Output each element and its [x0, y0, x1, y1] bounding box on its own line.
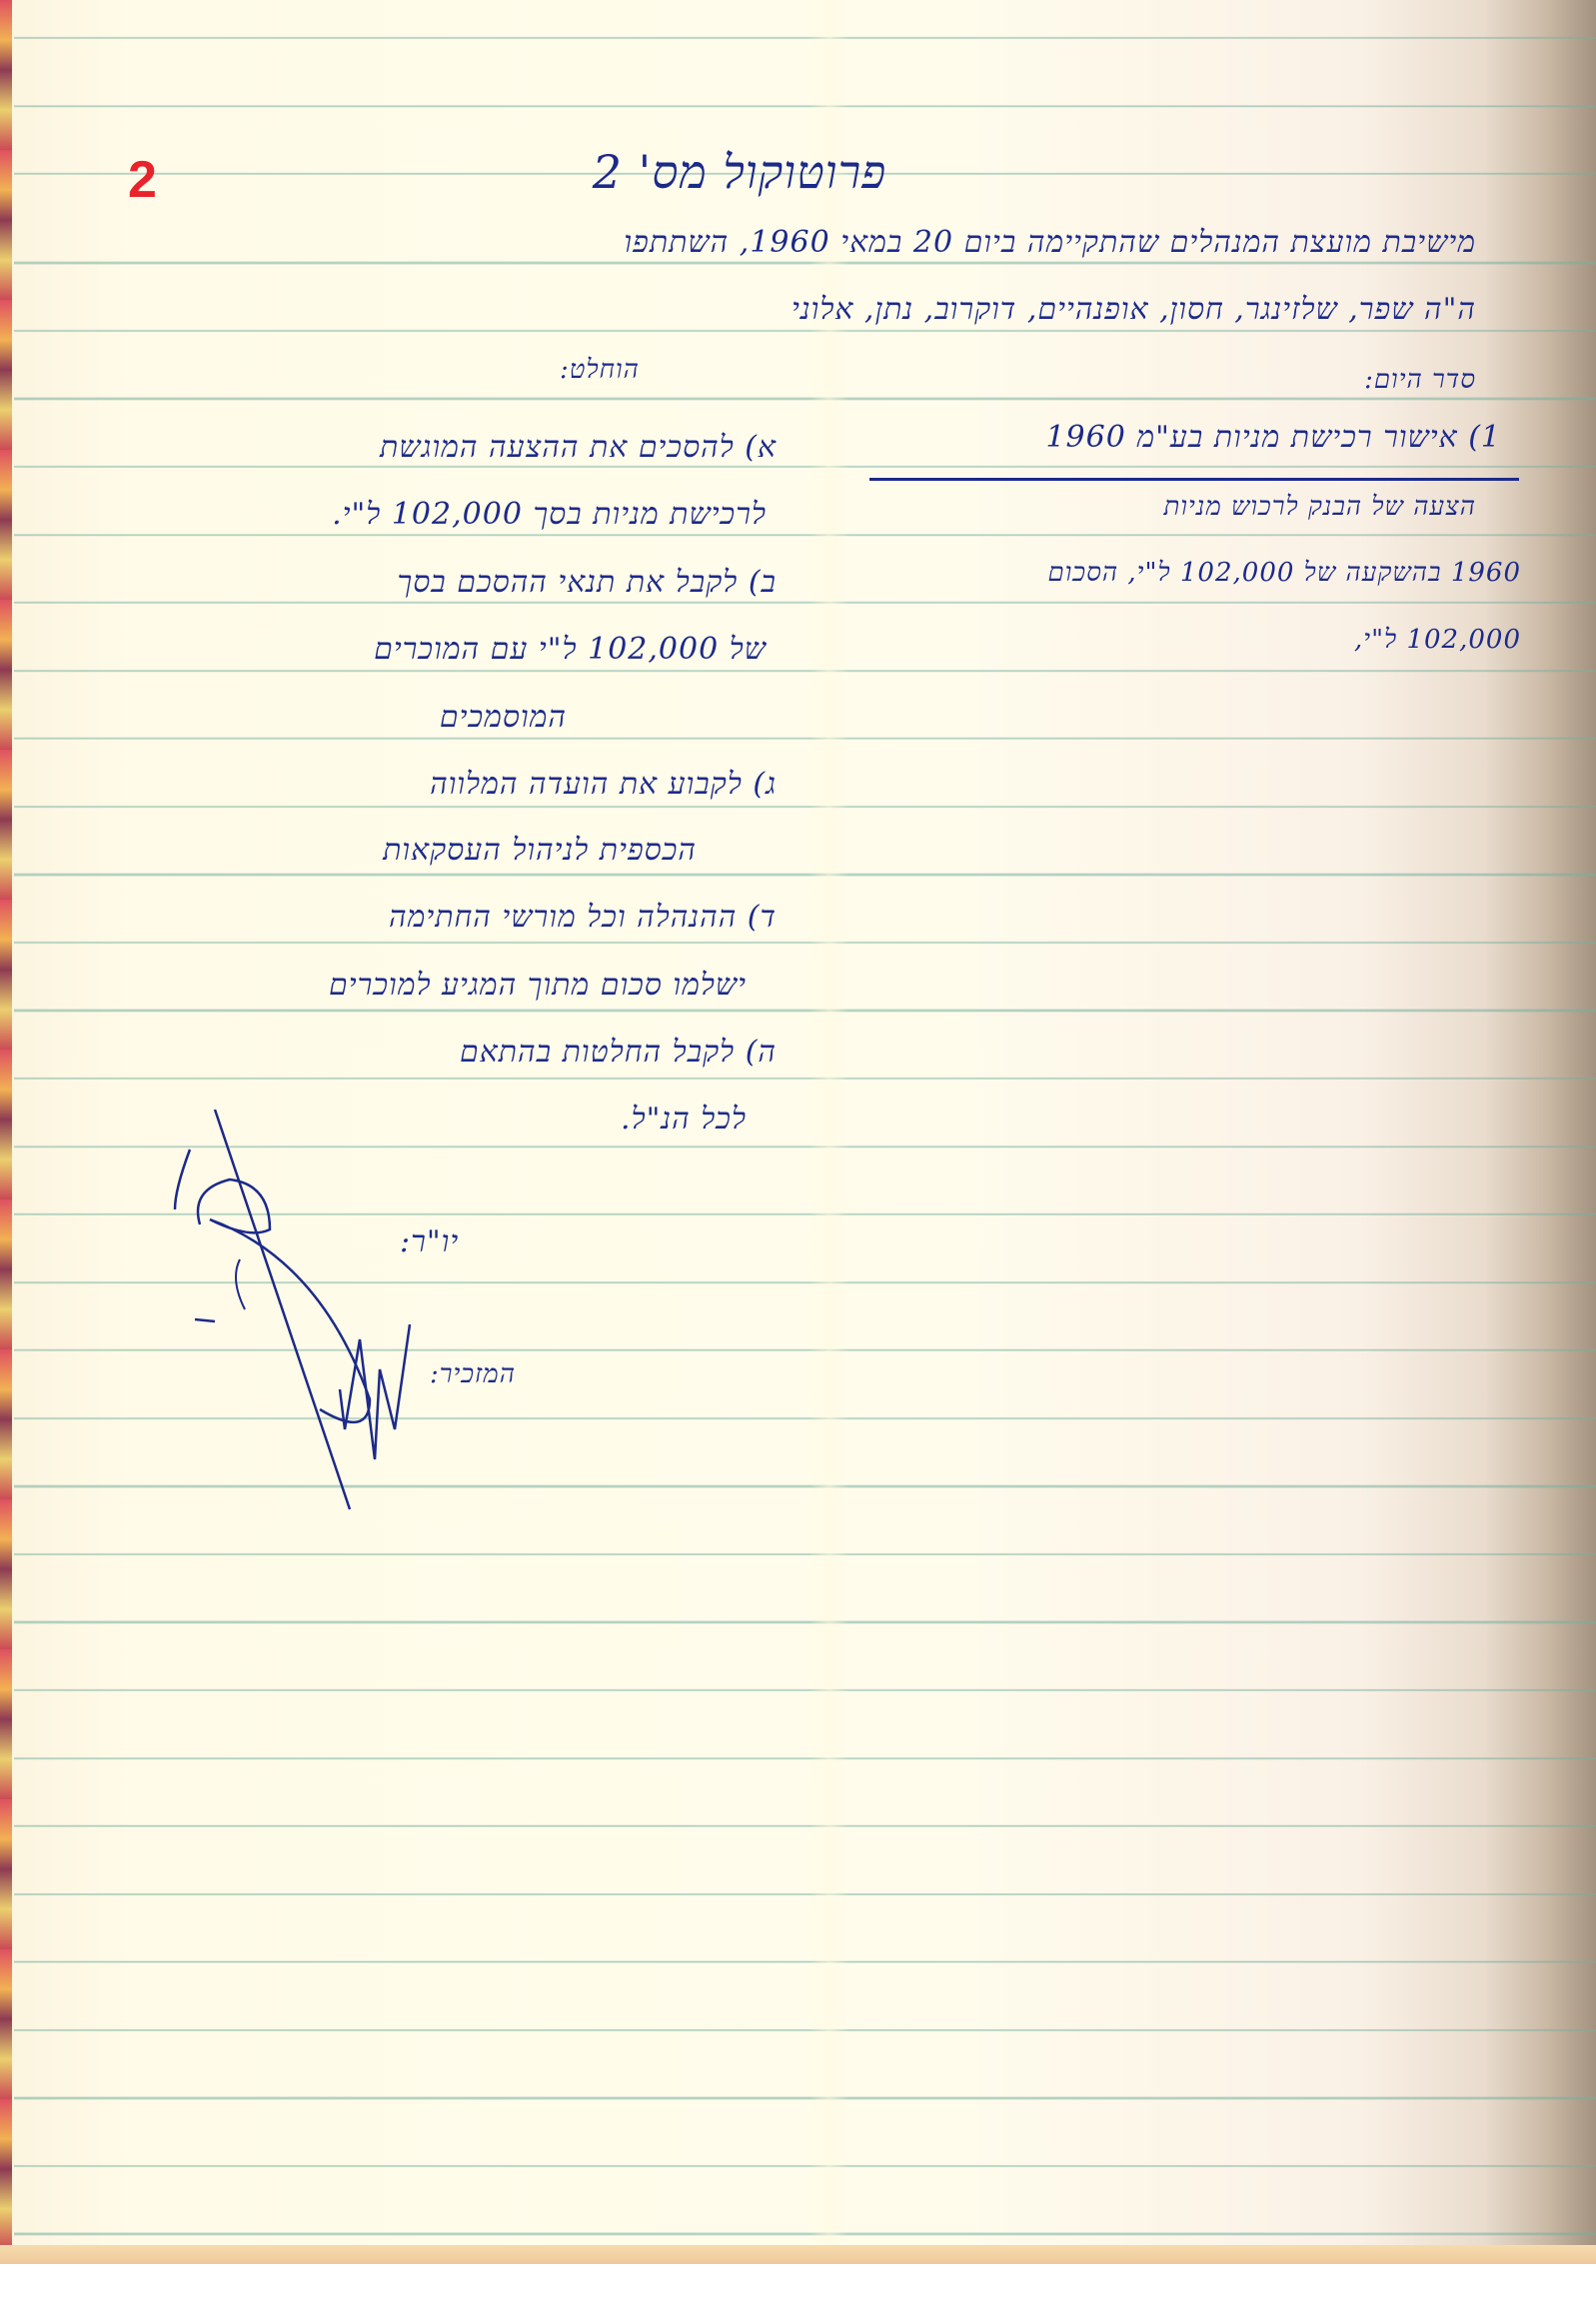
agenda-item-1-body-1: הצעה של הבנק לרכוש מניות [1164, 492, 1476, 522]
attendance-line-2: ה"ה שפר, שלזינגר, חסון, אופנהיים, דוקרוב… [792, 292, 1476, 327]
resolution-e-line-2: לכל הנ"ל. [621, 1102, 747, 1137]
attendance-line-1: מישיבת מועצת המנהלים שהתקיימה ביום 20 במ… [624, 225, 1476, 260]
resolution-c-line-2: הכספית לניהול העסקאות [383, 833, 697, 868]
document-title: פרוטוקול מס' 2 [560, 145, 919, 199]
page-number: 2 [128, 150, 157, 210]
signature-scribble [170, 1110, 450, 1539]
resolution-a-line-1: א) להסכים את ההצעה המוגשת [380, 430, 777, 465]
page-fold [809, 0, 849, 2264]
resolution-b-line-1: ב) לקבל את תנאי ההסכם בסך [397, 565, 777, 600]
agenda-label: סדר היום: [1364, 365, 1476, 395]
resolution-c-line-1: ג) לקבוע את הועדה המלווה [430, 767, 777, 802]
agenda-item-1-body-2: 1960 בהשקעה של 102,000 ל"י, הסכום [1048, 558, 1521, 588]
agenda-underline [869, 478, 1519, 481]
binding-strip [0, 0, 12, 2264]
resolution-b-line-3: המוסמכים [440, 700, 567, 735]
resolved-label: הוחלט: [560, 355, 640, 385]
agenda-item-1-body-3: 102,000 ל"י, [1354, 625, 1521, 655]
resolution-e-line-1: ה) לקבל החלטות בהתאם [460, 1035, 777, 1070]
resolution-b-line-2: של 102,000 ל"י עם המוכרים [374, 632, 767, 667]
agenda-item-1-title: 1) אישור רכישת מניות בע"מ 1960 [1045, 420, 1501, 455]
page-bottom-edge [0, 2245, 1596, 2264]
notebook-page: 2 פרוטוקול מס' 2 מישיבת מועצת המנהלים שה… [0, 0, 1596, 2264]
resolution-d-line-1: ד) ההנהלה וכל מורשי החתימה [389, 900, 777, 935]
resolution-d-line-2: ישלמו סכום מתוך המגיע למוכרים [329, 968, 747, 1003]
resolution-a-line-2: לרכישת מניות בסך 102,000 ל"י. [332, 497, 767, 532]
